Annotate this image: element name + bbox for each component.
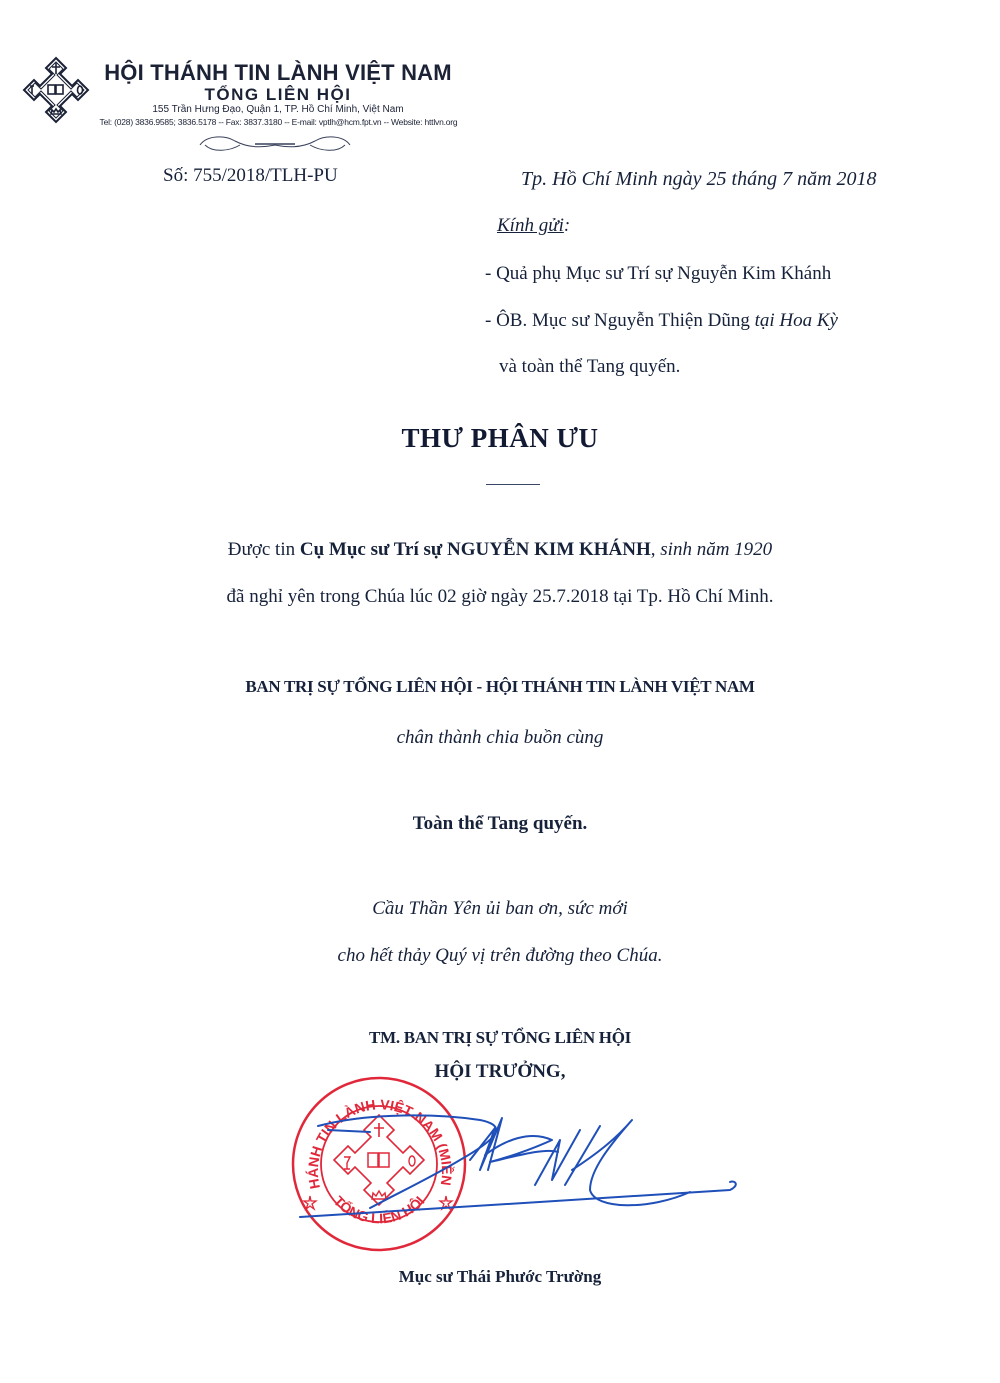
- birth-year: sinh năm 1920: [660, 539, 772, 560]
- announcement-line-2: đã nghỉ yên trong Chúa lúc 02 giờ ngày 2…: [0, 586, 1000, 608]
- family-line: Toàn thể Tang quyến.: [0, 813, 1000, 835]
- document-number: Số: 755/2018/TLH-PU: [163, 165, 338, 187]
- date-line: Tp. Hồ Chí Minh ngày 25 tháng 7 năm 2018: [521, 168, 877, 191]
- organization-subtitle: TỔNG LIÊN HỘI: [88, 85, 468, 105]
- title-divider: [486, 484, 540, 485]
- signer-position: HỘI TRƯỞNG,: [0, 1061, 1000, 1083]
- recipient-text: - ÔB. Mục sư Nguyễn Thiện Dũng: [485, 310, 755, 331]
- signer-name: Mục sư Thái Phước Trường: [0, 1267, 1000, 1287]
- recipient-item: và toàn thể Tang quyến.: [499, 356, 680, 378]
- on-behalf-line: TM. BAN TRỊ SỰ TỔNG LIÊN HỘI: [0, 1028, 1000, 1048]
- organization-address: 155 Trần Hưng Đạo, Quận 1, TP. Hồ Chí Mi…: [88, 104, 468, 115]
- recipients-label-text: Kính gửi: [497, 215, 564, 236]
- prayer-line-2: cho hết thảy Quý vị trên đường theo Chúa…: [0, 945, 1000, 967]
- announcement-sep: ,: [651, 539, 661, 560]
- page-title: THƯ PHÂN ƯU: [0, 423, 1000, 454]
- handwritten-signature: [290, 1100, 740, 1225]
- organization-contact: Tel: (028) 3836.9585; 3836.5178 -- Fax: …: [86, 117, 471, 127]
- prayer-line-1: Cầu Thần Yên ủi ban ơn, sức mới: [0, 898, 1000, 920]
- recipient-item: - ÔB. Mục sư Nguyễn Thiện Dũng tại Hoa K…: [485, 310, 838, 332]
- flourish-divider-icon: [195, 133, 355, 155]
- board-name: BAN TRỊ SỰ TỔNG LIÊN HỘI - HỘI THÁNH TIN…: [0, 677, 1000, 697]
- recipients-label-colon: :: [564, 215, 570, 237]
- cross-emblem-icon: [20, 54, 92, 126]
- condolence-line: chân thành chia buồn cùng: [0, 727, 1000, 749]
- announcement-prefix: Được tin: [228, 539, 300, 560]
- recipient-location: tại Hoa Kỳ: [755, 310, 838, 331]
- announcement-line-1: Được tin Cụ Mục sư Trí sự NGUYỄN KIM KHÁ…: [0, 539, 1000, 561]
- recipients-label: Kính gửi:: [497, 215, 570, 237]
- organization-name: HỘI THÁNH TIN LÀNH VIỆT NAM: [88, 60, 468, 86]
- deceased-name: Cụ Mục sư Trí sự NGUYỄN KIM KHÁNH: [300, 539, 651, 560]
- recipient-item: - Quả phụ Mục sư Trí sự Nguyễn Kim Khánh: [485, 263, 831, 285]
